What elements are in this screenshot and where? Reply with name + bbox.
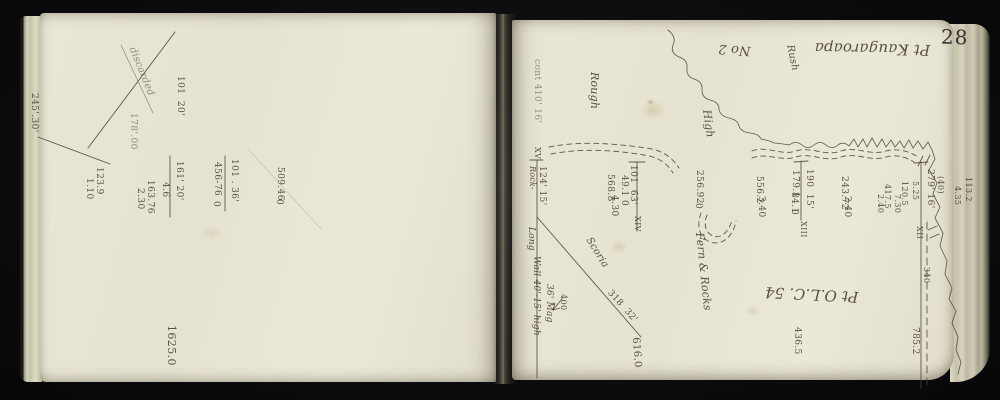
note-7-30: 7.30 [893, 194, 901, 213]
note-4-6: 4.6 [160, 182, 169, 198]
station-xiii: XIII [799, 221, 807, 238]
note-2-40-a: 2.40 [842, 196, 851, 218]
note-509-46: 509.46 [275, 167, 284, 201]
note-cont-410-16: cont 410' 16' [532, 59, 541, 123]
note-163-76: 163.76 [145, 180, 154, 214]
note-113-2: 113.2 [964, 177, 972, 202]
note-2-30: 2.30 [135, 188, 144, 210]
note-zero-c: 0 [619, 200, 628, 206]
note-256-92: 256.92 [694, 170, 703, 204]
station-xii: XII [915, 226, 923, 239]
note-4-30: 4.30 [609, 195, 618, 217]
note-zero-a: 0 [211, 201, 220, 207]
note-340: 340 [922, 267, 930, 283]
bearing-101-63: 101 63' [628, 165, 637, 205]
bearing-279-16: 279' 16' [925, 169, 934, 209]
note-zero-e: 0 [789, 209, 798, 215]
label-36-mag: 36' Mag [544, 284, 553, 323]
label-pt-olc-54: Pt O.L.C. 54 [764, 284, 858, 304]
bearing-101-20: 101 20' [175, 76, 184, 116]
note-245-30: 245'.30' [29, 93, 38, 133]
bearing-101-36: 101 . 36' [229, 159, 238, 202]
note-124-15: 124' 15' [537, 166, 546, 206]
note-zero-d: 0 [693, 203, 702, 209]
label-rock: Rock- [528, 166, 536, 190]
label-long: Long [526, 227, 535, 251]
note-456-76: 456-76 [212, 162, 221, 196]
right-page-traverse-lines [530, 160, 928, 388]
note-616-0: 616.0 [630, 337, 642, 368]
note-400: 400 [559, 294, 567, 310]
label-high: High [701, 109, 716, 138]
station-xiv: XIV [633, 216, 641, 232]
note-178-00: 178'.00 [128, 113, 137, 150]
field-book-scan: 245'.30'discarded178'.00101 20'123.91.10… [0, 0, 1000, 400]
label-wall-40-15-high: Wall 40'-15' high [531, 256, 540, 336]
label-rough: Rough [589, 72, 600, 109]
note-785-2: 785.2 [910, 327, 919, 355]
terrain-edge-line [668, 30, 961, 374]
note-40-paren: (40) [936, 176, 944, 194]
note-zero-b: 0 [274, 199, 283, 205]
station-xv: XV [533, 147, 541, 159]
note-123-9: 123.9 [94, 167, 103, 195]
bearing-190-15: 190 15' [804, 169, 813, 209]
bearing-161-20: 161' 20' [174, 161, 183, 201]
note-49-1: 49.1 [619, 175, 628, 197]
note-4-35: 4.35 [953, 186, 961, 205]
note-2-40-b: 2.40 [876, 194, 884, 213]
title-no-2: No 2 [718, 42, 751, 57]
title-pt-kaugaroapa: Pt Kaugaroapa [814, 40, 930, 57]
note-3-40: 3.40 [756, 196, 765, 218]
note-436-5: 436.5 [792, 327, 801, 355]
note-5-25: 5.25 [911, 181, 919, 200]
page-number: 28 [941, 25, 969, 50]
total-1625-0: 1625.0 [166, 325, 177, 366]
note-1-10: 1.10 [84, 178, 93, 200]
